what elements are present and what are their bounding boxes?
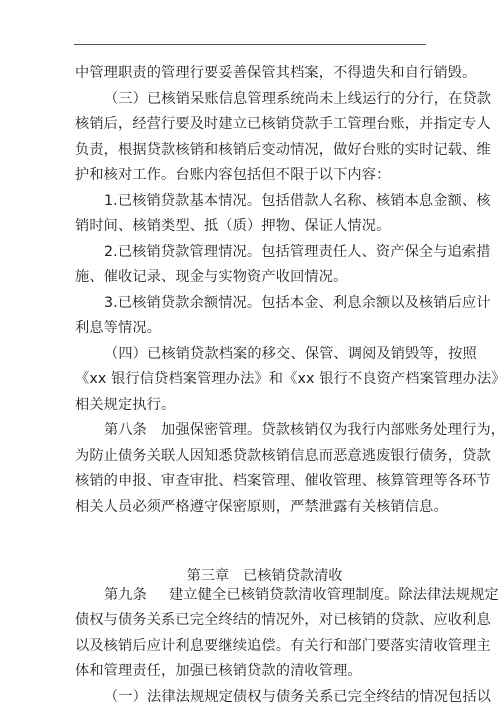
text-line: 2.已核销贷款管理情况。包括管理责任人、资产保全与追索措 (75, 240, 427, 266)
text-line: 相关规定执行。 (75, 393, 427, 419)
chapter-number: 第三章 (187, 568, 230, 584)
article-number: 第九条 (104, 587, 147, 603)
document-body: 中管理职责的管理行要妥善保管其档案，不得遗失和自行销毁。 （三）已核销呆账信息管… (75, 61, 427, 708)
text-line: 以及核销后应计利息要继续追偿。有关行和部门要落实清收管理主 (75, 634, 427, 660)
text-line: 相关人员必须严格遵守保密原则，严禁泄露有关核销信息。 (75, 495, 427, 521)
text-line: 中管理职责的管理行要妥善保管其档案，不得遗失和自行销毁。 (75, 61, 427, 87)
text-line: 利息等情况。 (75, 316, 427, 342)
document-page: 中管理职责的管理行要妥善保管其档案，不得遗失和自行销毁。 （三）已核销呆账信息管… (0, 0, 500, 708)
article-9-line: 第九条建立健全已核销贷款清收管理制度。除法律法规规定 (75, 583, 427, 609)
text-line: 负责，根据贷款核销和核销后变动情况，做好台账的实时记载、维 (75, 138, 427, 164)
text-line: 销时间、核销类型、抵（质）押物、保证人情况。 (75, 214, 427, 240)
text-line: 《xx 银行信贷档案管理办法》和《xx 银行不良资产档案管理办法》 (75, 367, 427, 393)
text-line: 体和管理责任，加强已核销贷款的清收管理。 (75, 659, 427, 685)
chapter-title: 已核销贷款清收 (243, 568, 342, 584)
article-8-line: 第八条加强保密管理。贷款核销仅为我行内部账务处理行为， (75, 418, 427, 444)
chapter-heading: 第三章已核销贷款清收 (75, 538, 427, 564)
article-text: 加强保密管理。贷款核销仅为我行内部账务处理行为， (161, 422, 500, 438)
text-line: （三）已核销呆账信息管理系统尚未上线运行的分行，在贷款 (75, 87, 427, 113)
text-line: 为防止债务关联人因知悉贷款核销信息而恶意逃废银行债务，贷款 (75, 444, 427, 470)
text-line: 施、催收记录、现金与实物资产收回情况。 (75, 265, 427, 291)
text-line: 护和核对工作。台账内容包括但不限于以下内容： (75, 163, 427, 189)
text-line: 债权与债务关系已完全终结的情况外，对已核销的贷款、应收利息 (75, 608, 427, 634)
text-line: （一）法律法规规定债权与债务关系已完全终结的情况包括以 (75, 685, 427, 708)
text-line: 3.已核销贷款余额情况。包括本金、利息余额以及核销后应计 (75, 291, 427, 317)
article-text: 建立健全已核销贷款清收管理制度。除法律法规规定 (169, 587, 499, 603)
text-line: 1.已核销贷款基本情况。包括借款人名称、核销本息金额、核 (75, 189, 427, 215)
text-line: 核销后，经营行要及时建立已核销贷款手工管理台账，并指定专人 (75, 112, 427, 138)
header-rule (74, 44, 426, 45)
text-line: 核销的申报、审查审批、档案管理、催收管理、核算管理等各环节 (75, 469, 427, 495)
text-line: （四）已核销贷款档案的移交、保管、调阅及销毁等，按照 (75, 342, 427, 368)
article-number: 第八条 (104, 422, 147, 438)
